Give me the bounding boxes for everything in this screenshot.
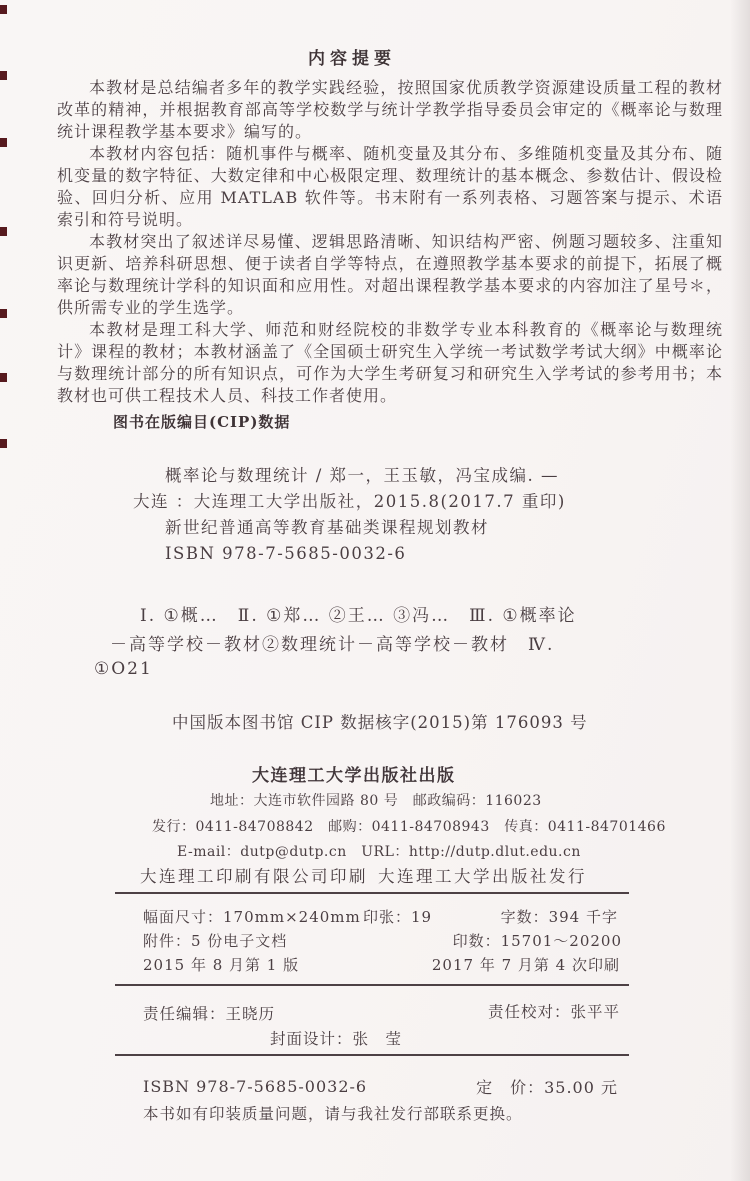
cip-classification-line: －高等学校－教材②数理统计－高等学校－教材 Ⅳ. [110, 630, 554, 655]
cip-classification-line: Ⅰ. ①概… Ⅱ. ①郑… ②王… ③冯… Ⅲ. ①概率论 [140, 601, 577, 626]
divider-rule [115, 984, 629, 986]
cover-designer-credit: 封面设计：张 莹 [270, 1027, 402, 1049]
spec-first-edition: 2015 年 8 月第 1 版 [143, 954, 299, 975]
spec-size: 幅面尺寸：170mm×240mm [143, 906, 361, 927]
summary-paragraph: 本教材内容包括：随机事件与概率、随机变量及其分布、多维随机变量及其分布、随机变量… [57, 143, 723, 231]
spec-word-count: 字数：394 千字 [501, 906, 618, 927]
spec-sheets: 印张：19 [363, 906, 432, 927]
address-line: 地址：大连市软件园路 80 号 邮政编码：116023 [210, 790, 542, 810]
divider-rule [115, 892, 629, 894]
publisher-line: 大连理工大学出版社出版 [252, 761, 456, 786]
edge-mark [0, 71, 7, 80]
edge-mark [0, 138, 7, 147]
price-text: 定 价：35.00 元 [476, 1075, 618, 1098]
proofreader-credit: 责任校对：张平平 [488, 1000, 620, 1022]
quality-notice: 本书如有印装质量问题，请与我社发行部联系更换。 [143, 1102, 523, 1124]
cip-record-block: 概率论与数理统计 / 郑一，王玉敏，冯宝成编. — 大连 ：大连理工大学出版社，… [133, 463, 566, 567]
edge-mark [0, 439, 7, 448]
printer-line: 大连理工印刷有限公司印刷 [140, 863, 368, 887]
summary-paragraph: 本教材突出了叙述详尽易懂、逻辑思路清晰、知识结构严密、例题习题较多、注重知识更新… [57, 231, 723, 319]
summary-paragraph: 本教材是总结编者多年的教学实践经验，按照国家优质教学资源建设质量工程的教材改革的… [57, 77, 723, 143]
cip-record-line: ISBN 978-7-5685-0032-6 [133, 541, 566, 567]
distributor-line: 大连理工大学出版社发行 [378, 863, 587, 887]
summary-paragraph: 本教材是理工科大学、师范和财经院校的非数学专业本科教育的《概率论与数理统计》课程… [57, 319, 723, 407]
edge-mark [0, 373, 7, 382]
cip-record-line: 大连 ：大连理工大学出版社，2015.8(2017.7 重印) [133, 489, 566, 515]
edge-mark [0, 227, 7, 236]
divider-rule [115, 1054, 629, 1056]
content-summary-title: 内容提要 [308, 44, 396, 69]
spec-print-run: 印数：15701～20200 [453, 930, 622, 951]
phone-line: 发行：0411-84708842 邮购：0411-84708943 传真：041… [152, 816, 666, 836]
editor-credit: 责任编辑：王晓历 [143, 1002, 275, 1024]
edge-mark [0, 5, 7, 14]
content-summary-body: 本教材是总结编者多年的教学实践经验，按照国家优质教学资源建设质量工程的教材改革的… [57, 77, 723, 407]
scan-edge-shadow [730, 0, 750, 1181]
email-url-line: E-mail：dutp@dutp.cn URL：http://dutp.dlut… [177, 841, 581, 861]
isbn-text: ISBN 978-7-5685-0032-6 [143, 1077, 367, 1096]
edge-mark [0, 309, 7, 318]
spec-current-printing: 2017 年 7 月第 4 次印刷 [432, 954, 620, 975]
cip-record-line: 概率论与数理统计 / 郑一，王玉敏，冯宝成编. — [133, 463, 566, 489]
spec-attachment: 附件：5 份电子文档 [143, 930, 287, 951]
cip-heading: 图书在版编目(CIP)数据 [113, 411, 290, 432]
copyright-page: 内容提要 本教材是总结编者多年的教学实践经验，按照国家优质教学资源建设质量工程的… [0, 0, 750, 1181]
cip-register-line: 中国版本图书馆 CIP 数据核字(2015)第 176093 号 [172, 709, 588, 733]
cip-record-line: 新世纪普通高等教育基础类课程规划教材 [133, 515, 566, 541]
cip-classification-line: ①O21 [94, 659, 153, 679]
